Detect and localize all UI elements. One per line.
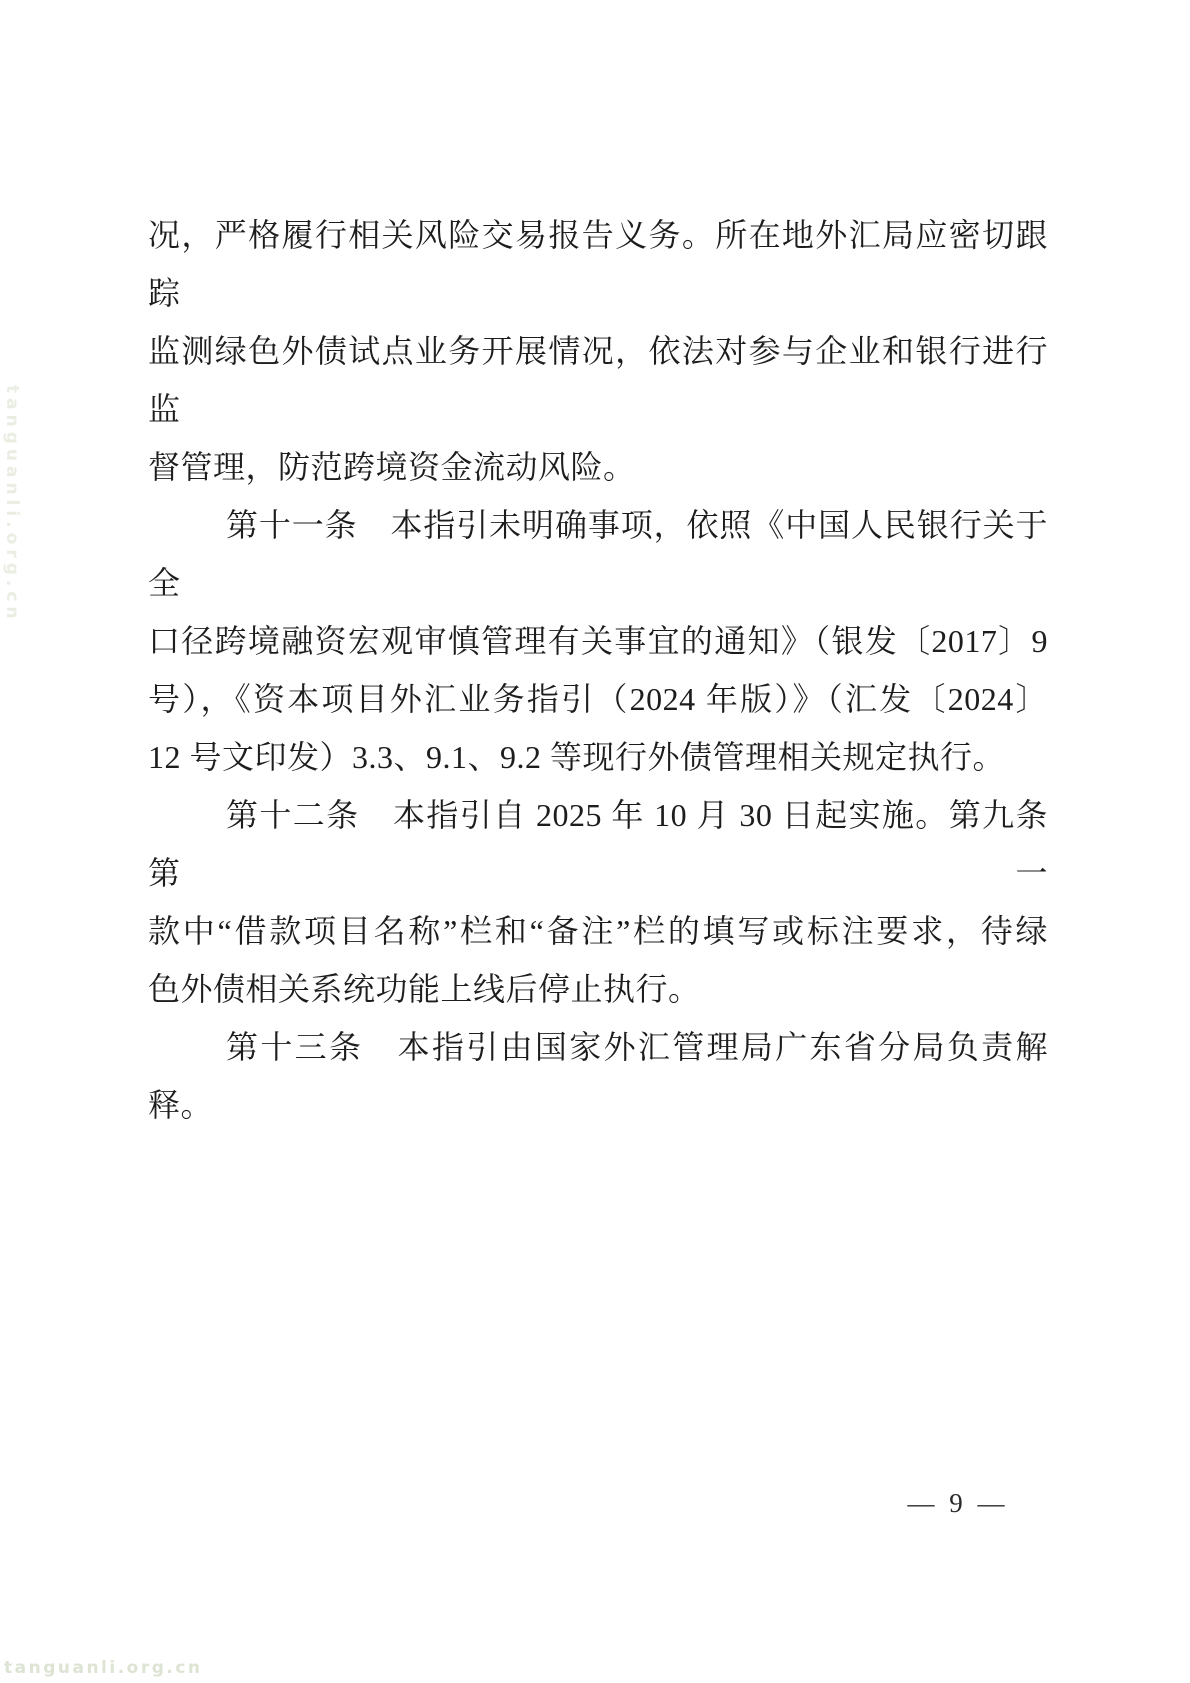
document-body: 况，严格履行相关风险交易报告义务。所在地外汇局应密切跟踪监测绿色外债试点业务开展… <box>148 206 1048 1134</box>
text-line: 号），《资本项目外汇业务指引（2024 年版）》（汇发〔2024〕 <box>148 670 1048 728</box>
watermark-left: tanguanli.org.cn <box>2 385 22 624</box>
text-line: 款中“借款项目名称”栏和“备注”栏的填写或标注要求，待绿 <box>148 902 1048 960</box>
text-line: 况，严格履行相关风险交易报告义务。所在地外汇局应密切跟踪 <box>148 206 1048 322</box>
text-line: 第十一条 本指引未明确事项，依照《中国人民银行关于全 <box>148 496 1048 612</box>
text-line: 第十三条 本指引由国家外汇管理局广东省分局负责解释。 <box>148 1018 1048 1134</box>
text-line: 口径跨境融资宏观审慎管理有关事宜的通知》（银发〔2017〕9 <box>148 612 1048 670</box>
page-number: — 9 — <box>903 1488 1013 1519</box>
text-line: 第十二条 本指引自 2025 年 10 月 30 日起实施。第九条第一 <box>148 786 1048 902</box>
text-line: 色外债相关系统功能上线后停止执行。 <box>148 960 1048 1018</box>
text-line: 督管理，防范跨境资金流动风险。 <box>148 438 1048 496</box>
text-line: 12 号文印发）3.3、9.1、9.2 等现行外债管理相关规定执行。 <box>148 728 1048 786</box>
text-line: 监测绿色外债试点业务开展情况，依法对参与企业和银行进行监 <box>148 322 1048 438</box>
watermark-bottom: tanguanli.org.cn <box>4 1658 203 1678</box>
document-page: tanguanli.org.cn 况，严格履行相关风险交易报告义务。所在地外汇局… <box>0 0 1190 1683</box>
